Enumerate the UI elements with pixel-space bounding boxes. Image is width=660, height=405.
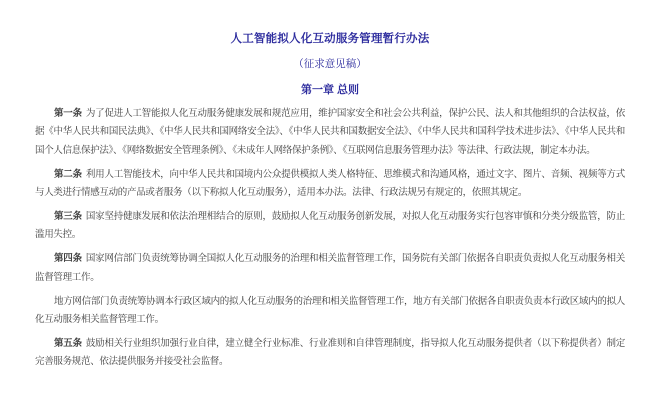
article-text: 鼓励相关行业组织加强行业自律，建立健全行业标准、行业准则和自律管理制度，指导拟人… [35,338,625,367]
article-paragraph: 第四条国家网信部门负责统筹协调全国拟人化互动服务的治理和相关监督管理工作，国务院… [35,250,625,287]
document-page: 人工智能拟人化互动服务管理暂行办法 （征求意见稿） 第一章 总则 第一条为了促进… [0,0,660,405]
document-title: 人工智能拟人化互动服务管理暂行办法 [0,0,660,45]
article-text: 国家网信部门负责统筹协调全国拟人化互动服务的治理和相关监督管理工作，国务院有关部… [35,253,625,282]
article-paragraph: 地方网信部门负责统筹协调本行政区域内的拟人化互动服务的治理和相关监督管理工作，地… [35,293,625,330]
article-number-label: 第四条 [54,253,82,264]
article-paragraph: 第一条为了促进人工智能拟人化互动服务健康发展和规范应用，维护国家安全和社会公共利… [35,105,625,160]
document-body: 第一条为了促进人工智能拟人化互动服务健康发展和规范应用，维护国家安全和社会公共利… [35,105,625,372]
article-text: 利用人工智能技术，向中华人民共和国境内公众提供模拟人类人格特征、思维模式和沟通风… [35,169,625,198]
article-text: 地方网信部门负责统筹协调本行政区域内的拟人化互动服务的治理和相关监督管理工作，地… [35,296,625,325]
document-subtitle: （征求意见稿） [0,59,660,70]
article-text: 国家坚持健康发展和依法治理相结合的原则，鼓励拟人化互动服务创新发展，对拟人化互动… [35,211,625,240]
article-number-label: 第二条 [54,169,82,180]
article-number-label: 第五条 [54,338,82,349]
article-paragraph: 第二条利用人工智能技术，向中华人民共和国境内公众提供模拟人类人格特征、思维模式和… [35,166,625,203]
chapter-heading: 第一章 总则 [0,84,660,96]
article-text: 为了促进人工智能拟人化互动服务健康发展和规范应用，维护国家安全和社会公共利益，保… [35,108,625,156]
article-number-label: 第三条 [54,211,82,222]
article-number-label: 第一条 [54,108,82,119]
article-paragraph: 第五条鼓励相关行业组织加强行业自律，建立健全行业标准、行业准则和自律管理制度，指… [35,335,625,372]
article-paragraph: 第三条国家坚持健康发展和依法治理相结合的原则，鼓励拟人化互动服务创新发展，对拟人… [35,208,625,245]
